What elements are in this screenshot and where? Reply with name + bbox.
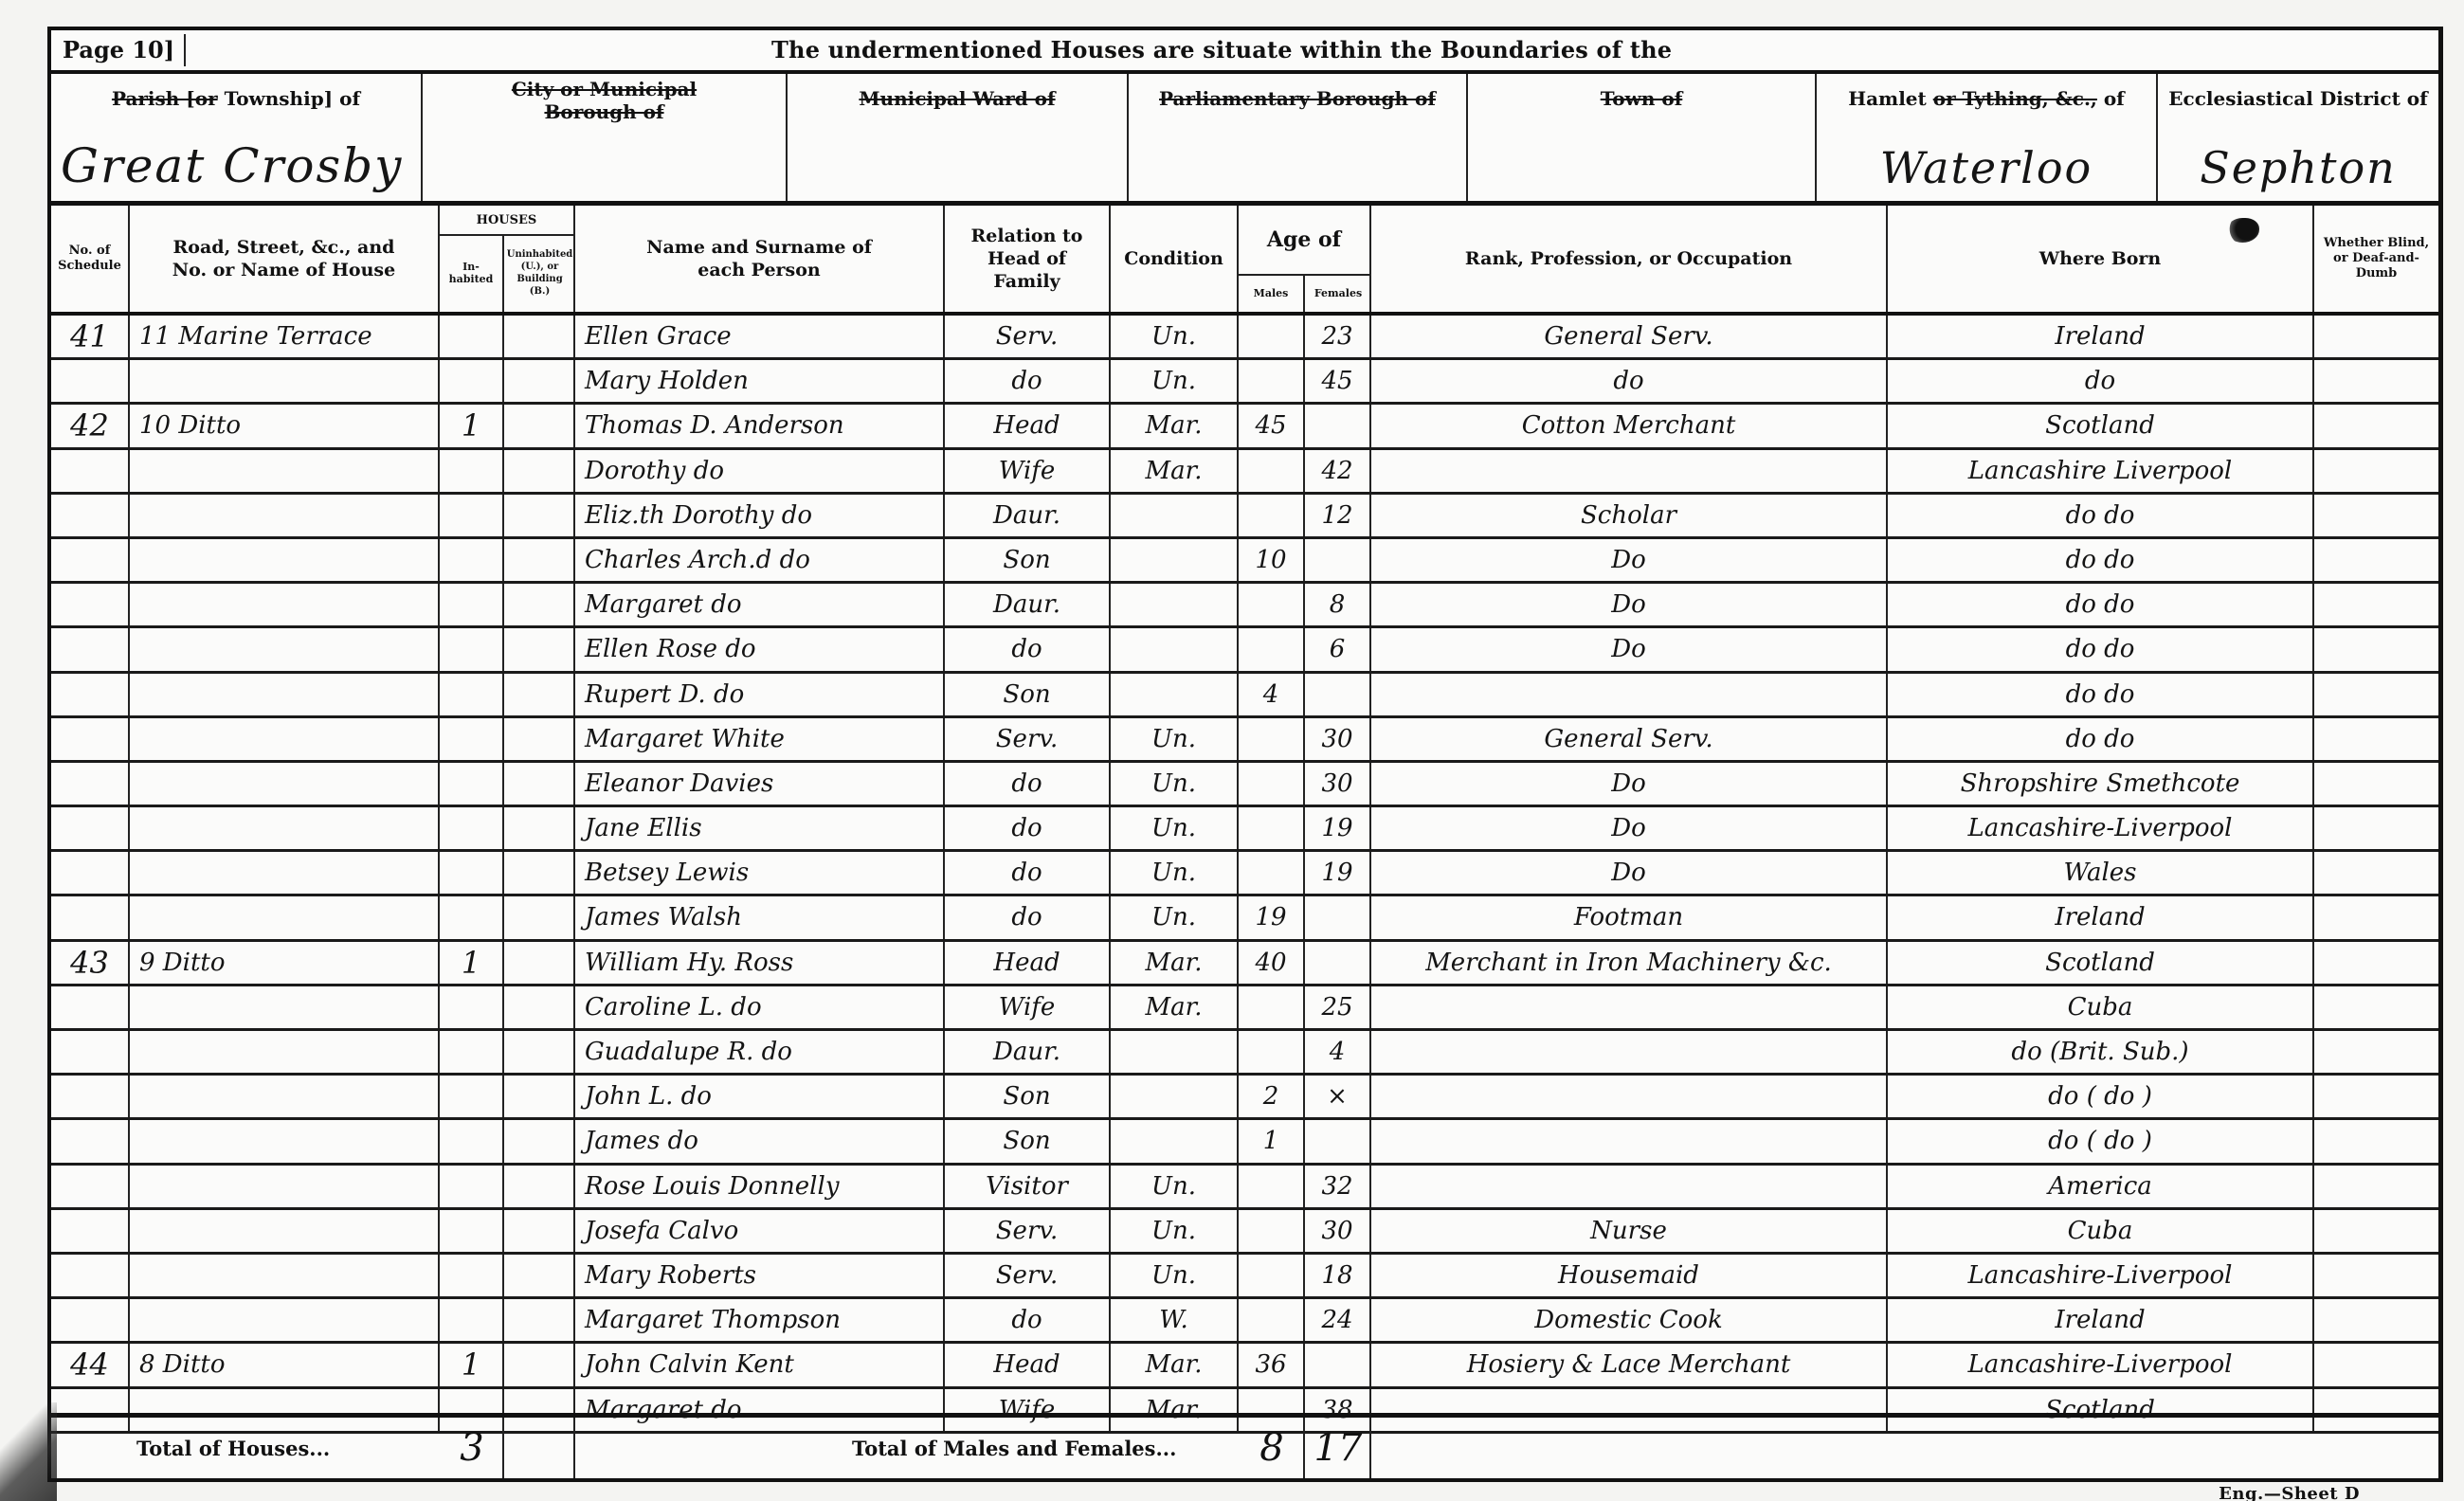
cell-uninhabited	[504, 942, 575, 984]
cell-male-age	[1239, 1299, 1305, 1341]
cell-male-age	[1239, 1031, 1305, 1073]
cell-relation: Wife	[945, 450, 1111, 492]
cell-relation: do	[945, 1299, 1111, 1341]
cell-inhabited	[440, 450, 504, 492]
cell-female-age	[1305, 1344, 1371, 1385]
cell-blind-deaf	[2314, 852, 2439, 894]
cell-occupation	[1371, 986, 1888, 1028]
cell-road	[130, 674, 440, 715]
district-hamlet-struck-label: or Tything, &c.,	[1933, 87, 2097, 110]
cell-where-born: Cuba	[1888, 986, 2314, 1028]
cell-where-born: Ireland	[1888, 316, 2314, 357]
cell-condition	[1111, 495, 1239, 536]
cell-inhabited	[440, 628, 504, 670]
cell-uninhabited	[504, 852, 575, 894]
cell-inhabited	[440, 1120, 504, 1162]
cell-condition: Mar.	[1111, 405, 1239, 446]
cell-inhabited: 1	[440, 1344, 504, 1385]
cell-schedule	[51, 1299, 130, 1341]
cell-road	[130, 1166, 440, 1207]
cell-occupation: Domestic Cook	[1371, 1299, 1888, 1341]
cell-blind-deaf	[2314, 807, 2439, 849]
cell-road	[130, 1120, 440, 1162]
cell-road	[130, 1076, 440, 1117]
cell-schedule	[51, 1076, 130, 1117]
col-females: Females	[1305, 274, 1371, 312]
cell-relation: Serv.	[945, 718, 1111, 760]
cell-female-age: 19	[1305, 807, 1371, 849]
cell-name: Guadalupe R. do	[575, 1031, 945, 1073]
cell-inhabited	[440, 1166, 504, 1207]
cell-relation: Son	[945, 1120, 1111, 1162]
cell-schedule: 41	[51, 316, 130, 357]
cell-inhabited	[440, 1255, 504, 1296]
table-row: 448 Ditto1John Calvin KentHeadMar.36Hosi…	[51, 1344, 2438, 1388]
district-town: Town of	[1468, 74, 1817, 201]
cell-occupation: Do	[1371, 539, 1888, 581]
cell-uninhabited	[504, 986, 575, 1028]
table-row: Dorothy doWifeMar.42Lancashire Liverpool	[51, 450, 2438, 495]
cell-where-born: do (Brit. Sub.)	[1888, 1031, 2314, 1073]
district-hamlet: Hamlet or Tything, &c., of Waterloo	[1817, 74, 2158, 201]
cell-condition: Un.	[1111, 718, 1239, 760]
cell-inhabited	[440, 807, 504, 849]
cell-schedule	[51, 852, 130, 894]
cell-inhabited	[440, 1031, 504, 1073]
cell-condition: Mar.	[1111, 450, 1239, 492]
cell-relation: Wife	[945, 986, 1111, 1028]
cell-female-age: 18	[1305, 1255, 1371, 1296]
cell-uninhabited	[504, 628, 575, 670]
cell-schedule	[51, 360, 130, 402]
cell-female-age: 25	[1305, 986, 1371, 1028]
table-row: Guadalupe R. doDaur.4do (Brit. Sub.)	[51, 1031, 2438, 1076]
cell-uninhabited	[504, 539, 575, 581]
cell-male-age	[1239, 1166, 1305, 1207]
col-name: Name and Surname of each Person	[575, 206, 945, 312]
cell-name: Rupert D. do	[575, 674, 945, 715]
col-schedule: No. of Schedule	[51, 206, 130, 312]
cell-female-age: 24	[1305, 1299, 1371, 1341]
cell-condition: Mar.	[1111, 942, 1239, 984]
cell-where-born: Lancashire-Liverpool	[1888, 1344, 2314, 1385]
district-hamlet-value: Waterloo	[1817, 142, 2156, 193]
cell-occupation	[1371, 674, 1888, 715]
col-condition: Condition	[1111, 206, 1239, 312]
cell-where-born: do	[1888, 360, 2314, 402]
total-houses-label: Total of Houses...	[136, 1418, 330, 1478]
total-houses-value: 3	[440, 1418, 504, 1478]
cell-uninhabited	[504, 807, 575, 849]
cell-uninhabited	[504, 1031, 575, 1073]
col-uninhabited: Uninhabited (U.), or Building (B.)	[504, 234, 575, 312]
cell-name: James do	[575, 1120, 945, 1162]
cell-condition	[1111, 674, 1239, 715]
cell-occupation: Merchant in Iron Machinery &c.	[1371, 942, 1888, 984]
cell-relation: Serv.	[945, 316, 1111, 357]
cell-road	[130, 763, 440, 805]
table-row: James WalshdoUn.19FootmanIreland	[51, 896, 2438, 941]
cell-schedule	[51, 896, 130, 938]
col-houses: HOUSES	[440, 206, 573, 236]
cell-name: Eliz.th Dorothy do	[575, 495, 945, 536]
cell-inhabited: 1	[440, 405, 504, 446]
table-row: Margaret WhiteServ.Un.30General Serv.do …	[51, 718, 2438, 763]
cell-relation: do	[945, 896, 1111, 938]
scan-edge-smudge	[0, 1402, 57, 1501]
cell-road	[130, 360, 440, 402]
cell-female-age: 45	[1305, 360, 1371, 402]
cell-uninhabited	[504, 1210, 575, 1252]
cell-female-age: 8	[1305, 584, 1371, 625]
cell-occupation: Do	[1371, 628, 1888, 670]
cell-road	[130, 628, 440, 670]
table-row: Josefa CalvoServ.Un.30NurseCuba	[51, 1210, 2438, 1255]
cell-relation: Head	[945, 942, 1111, 984]
cell-name: Ellen Grace	[575, 316, 945, 357]
cell-female-age: ×	[1305, 1076, 1371, 1117]
cell-blind-deaf	[2314, 674, 2439, 715]
cell-male-age	[1239, 450, 1305, 492]
cell-schedule	[51, 674, 130, 715]
cell-schedule	[51, 584, 130, 625]
cell-occupation: Scholar	[1371, 495, 1888, 536]
cell-occupation: Footman	[1371, 896, 1888, 938]
cell-name: Margaret do	[575, 584, 945, 625]
table-row: Mary RobertsServ.Un.18HousemaidLancashir…	[51, 1255, 2438, 1299]
cell-road	[130, 896, 440, 938]
cell-occupation: Hosiery & Lace Merchant	[1371, 1344, 1888, 1385]
cell-male-age	[1239, 316, 1305, 357]
cell-blind-deaf	[2314, 495, 2439, 536]
cell-condition: Un.	[1111, 1166, 1239, 1207]
cell-name: Mary Holden	[575, 360, 945, 402]
cell-male-age: 1	[1239, 1120, 1305, 1162]
table-row: Rupert D. doSon4do do	[51, 674, 2438, 718]
district-parliamentary-borough: Parliamentary Borough of	[1129, 74, 1468, 201]
cell-where-born: do do	[1888, 628, 2314, 670]
cell-blind-deaf	[2314, 1076, 2439, 1117]
col-blind-deaf: Whether Blind, or Deaf-and-Dumb	[2314, 206, 2438, 312]
district-ecclesiastical: Ecclesiastical District of Sephton	[2158, 74, 2438, 201]
cell-road: 9 Ditto	[130, 942, 440, 984]
cell-schedule	[51, 986, 130, 1028]
cell-schedule	[51, 718, 130, 760]
cell-uninhabited	[504, 763, 575, 805]
table-row: Margaret doDaur.8Dodo do	[51, 584, 2438, 628]
col-occupation: Rank, Profession, or Occupation	[1371, 206, 1888, 312]
cell-blind-deaf	[2314, 718, 2439, 760]
total-persons-label: Total of Males and Females...	[852, 1418, 1176, 1478]
totals-row: Total of Houses... 3 Total of Males and …	[51, 1413, 2438, 1478]
cell-blind-deaf	[2314, 1166, 2439, 1207]
cell-name: Thomas D. Anderson	[575, 405, 945, 446]
cell-blind-deaf	[2314, 539, 2439, 581]
cell-male-age	[1239, 360, 1305, 402]
cell-road	[130, 986, 440, 1028]
cell-uninhabited	[504, 584, 575, 625]
district-ecclesiastical-label: Ecclesiastical District of	[2158, 74, 2438, 110]
col-age-group: Age of Males Females	[1239, 206, 1371, 312]
cell-inhabited	[440, 986, 504, 1028]
cell-inhabited	[440, 674, 504, 715]
cell-where-born: Scotland	[1888, 942, 2314, 984]
cell-where-born: Shropshire Smethcote	[1888, 763, 2314, 805]
cell-blind-deaf	[2314, 405, 2439, 446]
total-females-value: 17	[1305, 1418, 1371, 1478]
cell-male-age: 40	[1239, 942, 1305, 984]
cell-where-born: do do	[1888, 674, 2314, 715]
cell-road	[130, 807, 440, 849]
cell-uninhabited	[504, 360, 575, 402]
cell-occupation: Do	[1371, 852, 1888, 894]
cell-uninhabited	[504, 1166, 575, 1207]
cell-occupation	[1371, 1031, 1888, 1073]
cell-inhabited	[440, 360, 504, 402]
cell-road	[130, 1299, 440, 1341]
cell-occupation: Cotton Merchant	[1371, 405, 1888, 446]
cell-occupation: Housemaid	[1371, 1255, 1888, 1296]
cell-condition: Un.	[1111, 316, 1239, 357]
cell-relation: do	[945, 628, 1111, 670]
district-municipal-borough-label: City or Municipal Borough of	[423, 74, 786, 123]
cell-road	[130, 1031, 440, 1073]
table-row: Jane EllisdoUn.19DoLancashire-Liverpool	[51, 807, 2438, 852]
cell-inhabited	[440, 1210, 504, 1252]
cell-female-age: 19	[1305, 852, 1371, 894]
cell-male-age	[1239, 628, 1305, 670]
cell-where-born: Lancashire Liverpool	[1888, 450, 2314, 492]
cell-road	[130, 539, 440, 581]
table-row: 4111 Marine TerraceEllen GraceServ.Un.23…	[51, 316, 2438, 360]
cell-schedule	[51, 1120, 130, 1162]
col-age: Age of	[1239, 206, 1369, 276]
cell-road: 11 Marine Terrace	[130, 316, 440, 357]
cell-where-born: do do	[1888, 495, 2314, 536]
col-males: Males	[1239, 274, 1305, 312]
district-municipal-borough: City or Municipal Borough of	[423, 74, 788, 201]
cell-condition: Un.	[1111, 1255, 1239, 1296]
cell-female-age: 30	[1305, 763, 1371, 805]
cell-male-age	[1239, 763, 1305, 805]
cell-condition: W.	[1111, 1299, 1239, 1341]
cell-relation: do	[945, 763, 1111, 805]
cell-occupation: Do	[1371, 807, 1888, 849]
district-municipal-ward: Municipal Ward of	[788, 74, 1129, 201]
cell-blind-deaf	[2314, 1255, 2439, 1296]
cell-condition	[1111, 628, 1239, 670]
cell-inhabited	[440, 1076, 504, 1117]
cell-name: Dorothy do	[575, 450, 945, 492]
table-row: Margaret ThompsondoW.24Domestic CookIrel…	[51, 1299, 2438, 1344]
cell-condition: Un.	[1111, 852, 1239, 894]
cell-female-age: 30	[1305, 1210, 1371, 1252]
cell-where-born: do ( do )	[1888, 1120, 2314, 1162]
column-header-row: No. of Schedule Road, Street, &c., and N…	[51, 206, 2438, 316]
cell-where-born: Cuba	[1888, 1210, 2314, 1252]
cell-blind-deaf	[2314, 986, 2439, 1028]
cell-blind-deaf	[2314, 360, 2439, 402]
cell-occupation	[1371, 1076, 1888, 1117]
col-relation: Relation to Head of Family	[945, 206, 1111, 312]
cell-schedule	[51, 763, 130, 805]
cell-schedule: 44	[51, 1344, 130, 1385]
cell-relation: Daur.	[945, 584, 1111, 625]
cell-condition: Un.	[1111, 763, 1239, 805]
table-row: Eliz.th Dorothy doDaur.12Scholardo do	[51, 495, 2438, 539]
district-boxes: Parish [or Township] of Great Crosby Cit…	[51, 74, 2438, 206]
cell-inhabited	[440, 584, 504, 625]
cell-uninhabited	[504, 1344, 575, 1385]
cell-female-age: 30	[1305, 718, 1371, 760]
page-title: The undermentioned Houses are situate wi…	[771, 30, 1672, 70]
cell-female-age	[1305, 1120, 1371, 1162]
cell-female-age: 4	[1305, 1031, 1371, 1073]
cell-schedule	[51, 539, 130, 581]
cell-schedule	[51, 628, 130, 670]
page-number: Page 10]	[63, 34, 186, 66]
district-parliamentary-borough-label: Parliamentary Borough of	[1129, 74, 1466, 110]
cell-relation: do	[945, 807, 1111, 849]
cell-name: Betsey Lewis	[575, 852, 945, 894]
cell-road	[130, 450, 440, 492]
district-township-label: Township] of	[225, 87, 360, 110]
district-ecclesiastical-value: Sephton	[2158, 142, 2438, 193]
cell-female-age: 6	[1305, 628, 1371, 670]
cell-occupation	[1371, 1120, 1888, 1162]
cell-relation: Serv.	[945, 1255, 1111, 1296]
cell-where-born: Ireland	[1888, 896, 2314, 938]
cell-schedule	[51, 1166, 130, 1207]
cell-where-born: do do	[1888, 718, 2314, 760]
census-sheet: Page 10] The undermentioned Houses are s…	[47, 27, 2443, 1482]
cell-schedule	[51, 1255, 130, 1296]
cell-relation: Visitor	[945, 1166, 1111, 1207]
cell-inhabited	[440, 316, 504, 357]
cell-uninhabited	[504, 316, 575, 357]
col-inhabited: In-habited	[440, 234, 504, 312]
cell-female-age: 12	[1305, 495, 1371, 536]
cell-relation: do	[945, 852, 1111, 894]
cell-inhabited	[440, 495, 504, 536]
cell-blind-deaf	[2314, 1210, 2439, 1252]
cell-schedule	[51, 1031, 130, 1073]
cell-occupation: General Serv.	[1371, 718, 1888, 760]
cell-schedule: 42	[51, 405, 130, 446]
cell-uninhabited	[504, 1255, 575, 1296]
cell-female-age: 42	[1305, 450, 1371, 492]
cell-name: Caroline L. do	[575, 986, 945, 1028]
cell-condition	[1111, 584, 1239, 625]
cell-relation: Daur.	[945, 495, 1111, 536]
cell-female-age	[1305, 539, 1371, 581]
cell-condition: Mar.	[1111, 986, 1239, 1028]
cell-name: Mary Roberts	[575, 1255, 945, 1296]
col-houses-group: HOUSES In-habited Uninhabited (U.), or B…	[440, 206, 575, 312]
cell-male-age	[1239, 986, 1305, 1028]
cell-male-age: 4	[1239, 674, 1305, 715]
table-row: John L. doSon2×do ( do )	[51, 1076, 2438, 1120]
cell-relation: Serv.	[945, 1210, 1111, 1252]
cell-where-born: do ( do )	[1888, 1076, 2314, 1117]
cell-occupation: General Serv.	[1371, 316, 1888, 357]
cell-male-age	[1239, 584, 1305, 625]
cell-name: James Walsh	[575, 896, 945, 938]
cell-blind-deaf	[2314, 316, 2439, 357]
cell-condition: Un.	[1111, 360, 1239, 402]
cell-blind-deaf	[2314, 450, 2439, 492]
cell-road: 10 Ditto	[130, 405, 440, 446]
cell-female-age	[1305, 942, 1371, 984]
cell-name: Margaret White	[575, 718, 945, 760]
cell-blind-deaf	[2314, 584, 2439, 625]
cell-male-age: 10	[1239, 539, 1305, 581]
cell-blind-deaf	[2314, 763, 2439, 805]
table-row: 4210 Ditto1Thomas D. AndersonHeadMar.45C…	[51, 405, 2438, 449]
cell-name: Jane Ellis	[575, 807, 945, 849]
cell-female-age: 23	[1305, 316, 1371, 357]
cell-occupation	[1371, 450, 1888, 492]
cell-male-age	[1239, 1255, 1305, 1296]
cell-condition: Mar.	[1111, 1344, 1239, 1385]
cell-blind-deaf	[2314, 628, 2439, 670]
cell-road	[130, 495, 440, 536]
cell-uninhabited	[504, 1120, 575, 1162]
cell-name: Margaret Thompson	[575, 1299, 945, 1341]
cell-blind-deaf	[2314, 1344, 2439, 1385]
table-row: Rose Louis DonnellyVisitorUn.32America	[51, 1166, 2438, 1210]
cell-road	[130, 584, 440, 625]
district-township: Parish [or Township] of Great Crosby	[51, 74, 423, 201]
cell-relation: Son	[945, 539, 1111, 581]
col-road: Road, Street, &c., and No. or Name of Ho…	[130, 206, 440, 312]
cell-uninhabited	[504, 896, 575, 938]
cell-where-born: do do	[1888, 584, 2314, 625]
table-row: Ellen Rose dodo6Dodo do	[51, 628, 2438, 673]
total-males-value: 8	[1239, 1418, 1305, 1478]
cell-condition: Un.	[1111, 1210, 1239, 1252]
cell-name: Rose Louis Donnelly	[575, 1166, 945, 1207]
cell-relation: Head	[945, 405, 1111, 446]
cell-name: Ellen Rose do	[575, 628, 945, 670]
cell-blind-deaf	[2314, 1120, 2439, 1162]
cell-female-age	[1305, 405, 1371, 446]
cell-schedule	[51, 495, 130, 536]
cell-road	[130, 852, 440, 894]
cell-where-born: Lancashire-Liverpool	[1888, 807, 2314, 849]
cell-condition	[1111, 539, 1239, 581]
cell-condition	[1111, 1031, 1239, 1073]
cell-uninhabited	[504, 1076, 575, 1117]
cell-inhabited: 1	[440, 942, 504, 984]
cell-condition: Un.	[1111, 807, 1239, 849]
cell-inhabited	[440, 1299, 504, 1341]
cell-occupation: Do	[1371, 584, 1888, 625]
cell-occupation: Do	[1371, 763, 1888, 805]
cell-inhabited	[440, 539, 504, 581]
cell-relation: do	[945, 360, 1111, 402]
cell-where-born: America	[1888, 1166, 2314, 1207]
cell-occupation: Nurse	[1371, 1210, 1888, 1252]
cell-name: Eleanor Davies	[575, 763, 945, 805]
cell-road: 8 Ditto	[130, 1344, 440, 1385]
cell-inhabited	[440, 763, 504, 805]
district-town-label: Town of	[1468, 74, 1815, 110]
cell-schedule	[51, 1210, 130, 1252]
district-hamlet-suffix: of	[2104, 87, 2125, 110]
cell-male-age: 19	[1239, 896, 1305, 938]
cell-road	[130, 1210, 440, 1252]
